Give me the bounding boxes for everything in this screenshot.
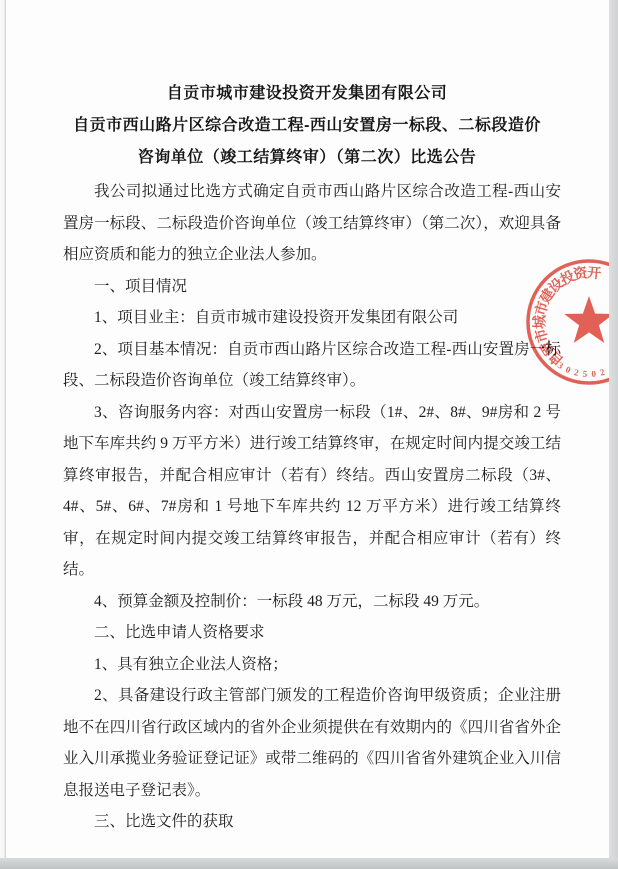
- title-line-company: 自贡市城市建设投资开发集团有限公司: [5, 78, 609, 110]
- section-heading: 一、项目情况: [63, 271, 561, 303]
- seal-arc-character: 资: [572, 264, 590, 283]
- seal-serial-digit: 4: [606, 364, 609, 375]
- seal-serial-digit: 2: [599, 367, 606, 378]
- scanned-document: 自贡市城市建设投资开发集团有限公司 自贡市西山路片区综合改造工程-西山安置房一标…: [0, 0, 618, 869]
- seal-serial-digit: 2: [573, 367, 580, 378]
- seal-arc-character: 开: [586, 265, 602, 282]
- paragraph: 2、项目基本情况：自贡市西山路片区综合改造工程-西山安置房一标段、二标段造价咨询…: [63, 334, 561, 397]
- document-body: 我公司拟通过比选方式确定自贡市西山路片区综合改造工程-西山安置房一标段、二标段造…: [63, 176, 561, 838]
- paragraph: 我公司拟通过比选方式确定自贡市西山路片区综合改造工程-西山安置房一标段、二标段造…: [63, 176, 561, 271]
- section-heading: 二、比选申请人资格要求: [63, 617, 561, 649]
- scan-edge-bottom: [0, 858, 618, 869]
- paragraph: 1、项目业主：自贡市城市建设投资开发集团有限公司: [63, 302, 561, 334]
- document-page: 自贡市城市建设投资开发集团有限公司 自贡市西山路片区综合改造工程-西山安置房一标…: [4, 0, 609, 858]
- seal-serial-digit: 0: [564, 364, 573, 375]
- title-line-notice: 咨询单位（竣工结算终审）（第二次）比选公告: [5, 142, 609, 174]
- paragraph: 4、预算金额及控制价：一标段 48 万元，二标段 49 万元。: [63, 586, 561, 618]
- paragraph: 3、咨询服务内容：对西山安置房一标段（1#、2#、8#、9#房和 2 号地下车库…: [63, 397, 561, 586]
- section-heading: 三、比选文件的获取: [63, 806, 561, 838]
- seal-serial-digit: 5: [582, 369, 588, 379]
- title-line-project: 自贡市西山路片区综合改造工程-西山安置房一标段、二标段造价: [5, 110, 609, 142]
- document-title: 自贡市城市建设投资开发集团有限公司 自贡市西山路片区综合改造工程-西山安置房一标…: [5, 0, 609, 174]
- paragraph: 2、具备建设行政主管部门颁发的工程造价咨询甲级资质；企业注册地不在四川省行政区域…: [63, 680, 561, 806]
- star-icon: [564, 296, 609, 343]
- paragraph: 1、具有独立企业法人资格；: [63, 649, 561, 681]
- seal-serial-digit: 0: [591, 369, 597, 379]
